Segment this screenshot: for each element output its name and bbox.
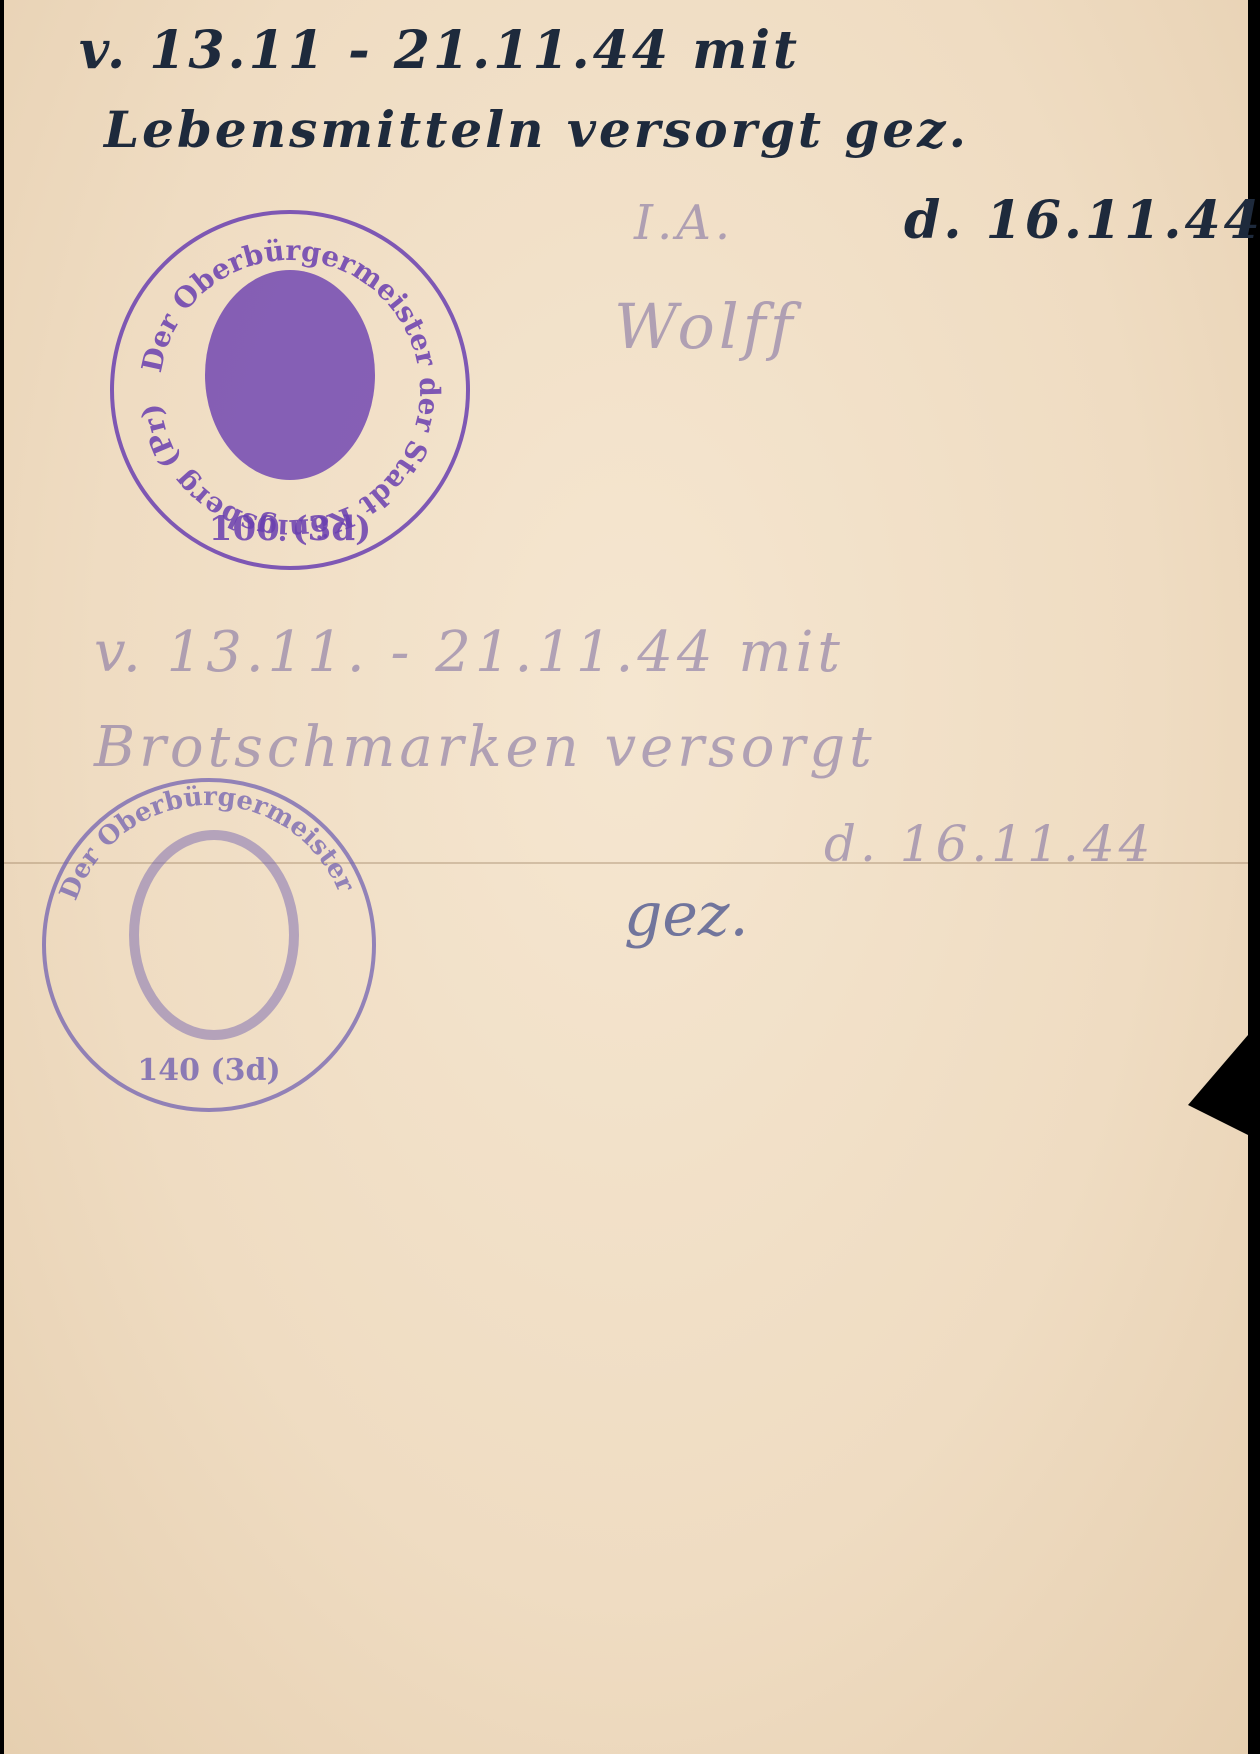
entry-2-line-1: v. 13.11. - 21.11.44 mit bbox=[94, 620, 844, 685]
document-page: v. 13.11 - 21.11.44 mit Lebensmitteln ve… bbox=[4, 0, 1248, 1754]
entry-1-signature: Wolff bbox=[614, 290, 797, 363]
torn-corner bbox=[1168, 1035, 1248, 1135]
city-seal-stamp-2: Der Oberbürgermeister 140 (3d) bbox=[24, 765, 394, 1125]
entry-1-signature-prefix: I.A. bbox=[634, 195, 734, 251]
entry-1-line-2: Lebensmitteln versorgt gez. bbox=[104, 100, 969, 159]
entry-1-date: d. 16.11.44 bbox=[904, 190, 1260, 251]
entry-2-date: d. 16.11.44 bbox=[824, 815, 1154, 873]
svg-text:140 (3d): 140 (3d) bbox=[137, 1053, 280, 1088]
entry-2-signature: gez. bbox=[624, 880, 749, 950]
svg-text:100 (3d): 100 (3d) bbox=[209, 509, 371, 549]
entry-1-line-1: v. 13.11 - 21.11.44 mit bbox=[79, 20, 800, 81]
city-seal-stamp-1: Der Oberbürgermeister der Stadt Königsbe… bbox=[100, 200, 480, 580]
svg-text:Der Oberbürgermeister: Der Oberbürgermeister bbox=[54, 782, 360, 904]
